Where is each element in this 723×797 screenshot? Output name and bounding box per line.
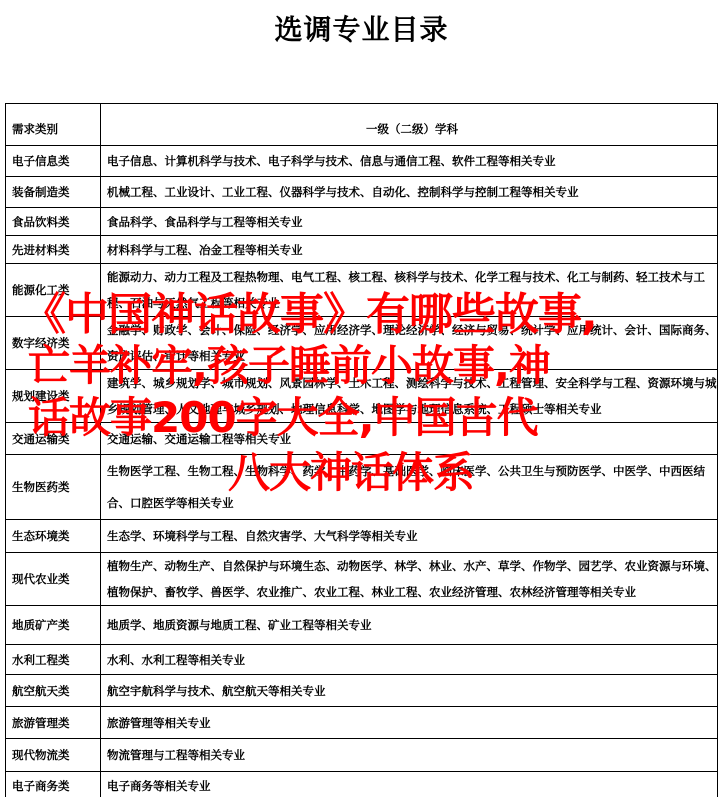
category-cell: 水利工程类: [6, 645, 101, 675]
subjects-cell: 物流管理与工程等相关专业: [101, 739, 718, 772]
category-cell: 能源化工类: [6, 264, 101, 317]
category-cell: 装备制造类: [6, 177, 101, 208]
table-row: 地质矿产类地质学、地质资源与地质工程、矿业工程等相关专业: [6, 606, 718, 645]
category-cell: 食品饮料类: [6, 208, 101, 236]
category-cell: 地质矿产类: [6, 606, 101, 645]
subjects-cell: 生态学、环境科学与工程、自然灾害学、大气科学等相关专业: [101, 520, 718, 553]
table-row: 现代物流类物流管理与工程等相关专业: [6, 739, 718, 772]
subjects-cell: 电子信息、计算机科学与技术、电子科学与技术、信息与通信工程、软件工程等相关专业: [101, 146, 718, 177]
subjects-cell: 建筑学、城乡规划学、城市规划、风景园林学、土木工程、测绘科学与技术、工程管理、安…: [101, 370, 718, 423]
page-title: 选调专业目录: [0, 8, 723, 48]
table-row: 电子信息类电子信息、计算机科学与技术、电子科学与技术、信息与通信工程、软件工程等…: [6, 146, 718, 177]
subjects-cell: 金融学、财政学、会计、保险、经济学、应用经济学、理论经济学、经济与贸易、统计学、…: [101, 317, 718, 370]
category-cell: 现代物流类: [6, 739, 101, 772]
category-cell: 数字经济类: [6, 317, 101, 370]
category-cell: 先进材料类: [6, 236, 101, 264]
table-header-row: 需求类别 一级（二级）学科: [6, 104, 718, 146]
table-row: 生态环境类生态学、环境科学与工程、自然灾害学、大气科学等相关专业: [6, 520, 718, 553]
category-cell: 旅游管理类: [6, 707, 101, 739]
table-row: 数字经济类金融学、财政学、会计、保险、经济学、应用经济学、理论经济学、经济与贸易…: [6, 317, 718, 370]
major-catalog-table: 需求类别 一级（二级）学科 电子信息类电子信息、计算机科学与技术、电子科学与技术…: [5, 103, 718, 797]
table-row: 现代农业类植物生产、动物生产、自然保护与环境生态、动物医学、林学、林业、水产、草…: [6, 553, 718, 606]
subjects-cell: 生物医学工程、生物工程、生物科学、药学、中药学、基础医学、临床医学、公共卫生与预…: [101, 455, 718, 520]
subjects-cell: 机械工程、工业设计、工业工程、仪器科学与技术、自动化、控制科学与控制工程等相关专…: [101, 177, 718, 208]
table-row: 电子商务类电子商务等相关专业: [6, 772, 718, 797]
header-subjects: 一级（二级）学科: [101, 104, 718, 146]
category-cell: 电子信息类: [6, 146, 101, 177]
subjects-cell: 能源动力、动力工程及工程热物理、电气工程、核工程、核科学与技术、化学工程与技术、…: [101, 264, 718, 317]
table-row: 装备制造类机械工程、工业设计、工业工程、仪器科学与技术、自动化、控制科学与控制工…: [6, 177, 718, 208]
category-cell: 航空航天类: [6, 675, 101, 707]
subjects-cell: 航空宇航科学与技术、航空航天等相关专业: [101, 675, 718, 707]
subjects-cell: 旅游管理等相关专业: [101, 707, 718, 739]
table-row: 旅游管理类旅游管理等相关专业: [6, 707, 718, 739]
subjects-cell: 材料科学与工程、冶金工程等相关专业: [101, 236, 718, 264]
table-row: 先进材料类材料科学与工程、冶金工程等相关专业: [6, 236, 718, 264]
category-cell: 现代农业类: [6, 553, 101, 606]
subjects-cell: 食品科学、食品科学与工程等相关专业: [101, 208, 718, 236]
table-row: 能源化工类能源动力、动力工程及工程热物理、电气工程、核工程、核科学与技术、化学工…: [6, 264, 718, 317]
table-row: 航空航天类航空宇航科学与技术、航空航天等相关专业: [6, 675, 718, 707]
table-row: 规划建设类建筑学、城乡规划学、城市规划、风景园林学、土木工程、测绘科学与技术、工…: [6, 370, 718, 423]
table-row: 交通运输类交通运输、交通运输工程等相关专业: [6, 423, 718, 455]
category-cell: 规划建设类: [6, 370, 101, 423]
category-cell: 电子商务类: [6, 772, 101, 797]
table-row: 食品饮料类食品科学、食品科学与工程等相关专业: [6, 208, 718, 236]
category-cell: 交通运输类: [6, 423, 101, 455]
subjects-cell: 交通运输、交通运输工程等相关专业: [101, 423, 718, 455]
category-cell: 生态环境类: [6, 520, 101, 553]
header-category: 需求类别: [6, 104, 101, 146]
table-row: 水利工程类水利、水利工程等相关专业: [6, 645, 718, 675]
subjects-cell: 电子商务等相关专业: [101, 772, 718, 797]
subjects-cell: 地质学、地质资源与地质工程、矿业工程等相关专业: [101, 606, 718, 645]
subjects-cell: 植物生产、动物生产、自然保护与环境生态、动物医学、林学、林业、水产、草学、作物学…: [101, 553, 718, 606]
category-cell: 生物医药类: [6, 455, 101, 520]
subjects-cell: 水利、水利工程等相关专业: [101, 645, 718, 675]
table-row: 生物医药类生物医学工程、生物工程、生物科学、药学、中药学、基础医学、临床医学、公…: [6, 455, 718, 520]
